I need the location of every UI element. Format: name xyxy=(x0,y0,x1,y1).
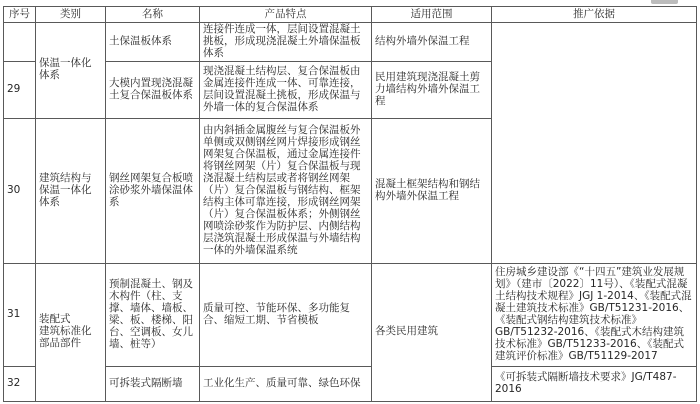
col-header-category: 类别 xyxy=(36,7,106,23)
promotion-catalog-table: 序号 类别 名称 产品特点 适用范围 推广依据 保温一体化 体系 土保温板体系 … xyxy=(3,6,697,402)
features-cell: 质量可控、节能环保、多功能复合、缩短工期、节省模板 xyxy=(200,263,372,366)
features-cell: 连接件连成一体，层间设置混凝土挑板，形成现浇混凝土外墙保温板体系 xyxy=(200,23,372,62)
seq-cell: 31 xyxy=(4,263,36,366)
features-cell: 由内斜插金属腹丝与复合保温板外单侧或双侧钢丝网片焊接形成钢丝网架复合保温板，通过… xyxy=(200,118,372,263)
page-edge-artifact xyxy=(651,0,678,4)
category-cell: 装配式 建筑标准化 部品部件 xyxy=(36,263,106,401)
basis-cell-empty xyxy=(492,23,697,264)
category-cell: 建筑结构与 保温一体化 体系 xyxy=(36,118,106,263)
basis-cell: 《可拆装式隔断墙技术要求》JG/T487-2016 xyxy=(492,366,697,401)
name-cell: 预制混凝土、钢及木构件（柱、支撑、墙体、墙板、梁、板、楼梯、阳台、空调板、女儿墙… xyxy=(106,263,200,366)
table-header-row: 序号 类别 名称 产品特点 适用范围 推广依据 xyxy=(4,7,697,23)
seq-cell: 32 xyxy=(4,366,36,401)
features-cell: 工业化生产、质量可靠、绿色环保 xyxy=(200,366,372,401)
table-row-31: 31 装配式 建筑标准化 部品部件 预制混凝土、钢及木构件（柱、支撑、墙体、墙板… xyxy=(4,263,697,366)
col-header-features: 产品特点 xyxy=(200,7,372,23)
name-cell: 钢丝网架复合板喷涂砂浆外墙保温体系 xyxy=(106,118,200,263)
scope-cell: 民用建筑现浇混凝土剪力墙结构外墙外保温工程 xyxy=(372,61,492,118)
category-cell: 保温一体化 体系 xyxy=(36,23,106,119)
scope-cell: 结构外墙外保温工程 xyxy=(372,23,492,62)
name-cell: 可拆装式隔断墙 xyxy=(106,366,200,401)
seq-cell: 30 xyxy=(4,118,36,263)
table-row-32: 32 可拆装式隔断墙 工业化生产、质量可靠、绿色环保 《可拆装式隔断墙技术要求》… xyxy=(4,366,697,401)
scope-cell: 各类民用建筑 xyxy=(372,263,492,401)
col-header-name: 名称 xyxy=(106,7,200,23)
name-cell: 大模内置现浇混凝土复合保温板体系 xyxy=(106,61,200,118)
scope-cell: 混凝土框架结构和钢结构外墙外保温工程 xyxy=(372,118,492,263)
seq-cell xyxy=(4,23,36,62)
basis-cell: 住房城乡建设部《“十四五”建筑业发展规划》（建市〔2022〕11号）、《装配式混… xyxy=(492,263,697,366)
features-cell: 现浇混凝土结构层、复合保温板由金属连接件连成一体、可靠连接，层间设置混凝土挑板，… xyxy=(200,61,372,118)
table-row-continued: 保温一体化 体系 土保温板体系 连接件连成一体，层间设置混凝土挑板，形成现浇混凝… xyxy=(4,23,697,62)
col-header-seq: 序号 xyxy=(4,7,36,23)
seq-cell: 29 xyxy=(4,61,36,118)
col-header-basis: 推广依据 xyxy=(492,7,697,23)
name-cell: 土保温板体系 xyxy=(106,23,200,62)
col-header-scope: 适用范围 xyxy=(372,7,492,23)
